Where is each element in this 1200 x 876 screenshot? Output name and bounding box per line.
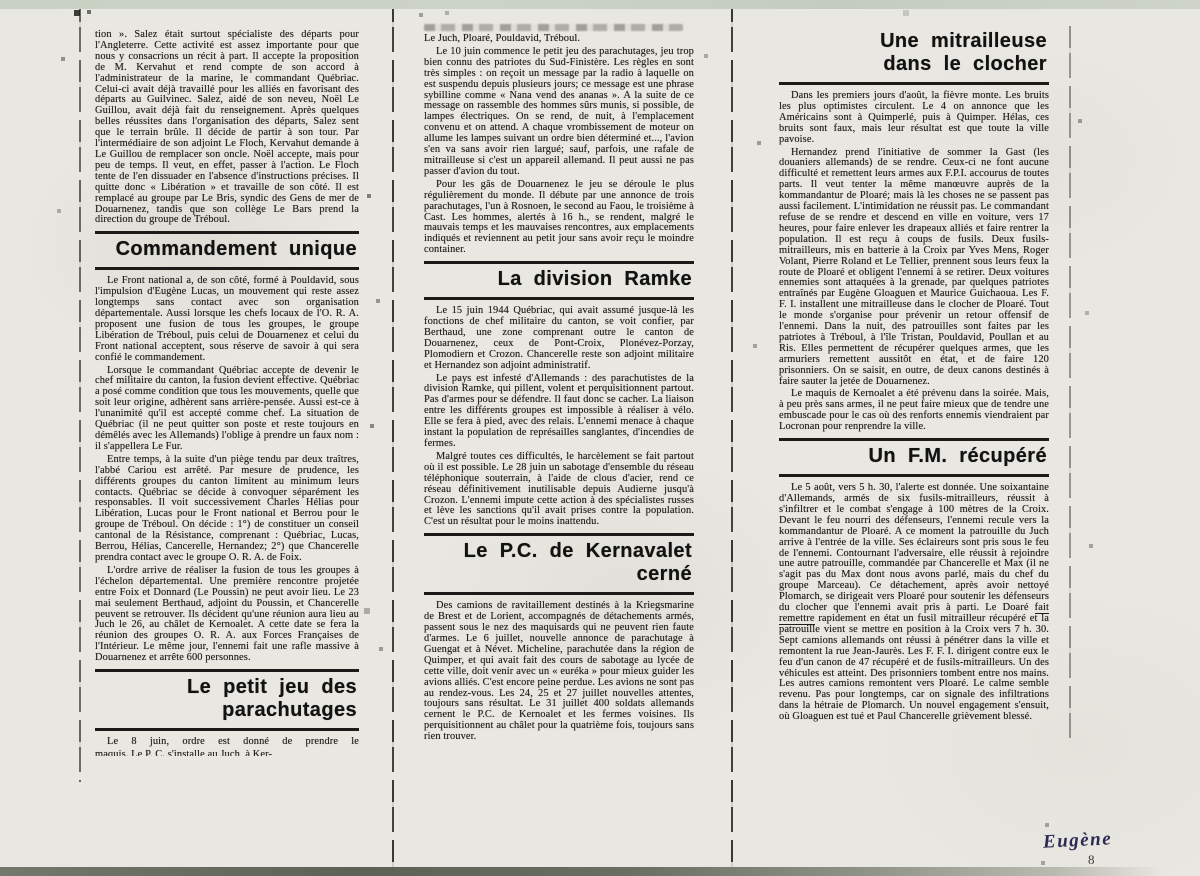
heading-text: Commandement unique bbox=[116, 238, 357, 260]
faded-illegible-line bbox=[424, 24, 683, 31]
heading-line: dans le clocher bbox=[781, 53, 1047, 76]
page-number: 8 bbox=[1088, 852, 1095, 868]
heading-line: parachutages bbox=[97, 699, 357, 722]
paragraph-cut-by-page-edge: Le 8 juin, ordre est donné de prendre le… bbox=[95, 737, 359, 756]
paragraph: Hernandez prend l'initiative de sommer l… bbox=[779, 148, 1049, 388]
scan-edge-top bbox=[0, 0, 1200, 9]
article-column-left: tion ». Salez était surtout spécialiste … bbox=[95, 30, 359, 756]
scanned-document-page: tion ». Salez était surtout spécialiste … bbox=[0, 0, 1200, 876]
paragraph-line: maquis. Le P. C. s'installe au Juch, à K… bbox=[95, 750, 359, 756]
paragraph: tion ». Salez était surtout spécialiste … bbox=[95, 30, 359, 226]
paragraph: Le 10 juin commence le petit jeu des par… bbox=[424, 47, 694, 178]
section-heading-fm-recupere: Un F.M. récupéré bbox=[779, 438, 1049, 477]
section-heading-pc-kernavalet-cerne: Le P.C. de Kernavalet cerné bbox=[424, 533, 694, 595]
heading-text: La division Ramke bbox=[498, 268, 692, 290]
column-rule-1 bbox=[392, 0, 394, 868]
paragraph: Entre temps, à la suite d'un piège tendu… bbox=[95, 455, 359, 564]
paragraph: Dans les premiers jours d'août, la fièvr… bbox=[779, 91, 1049, 146]
paragraph-line: Le 8 juin, ordre est donné de prendre le bbox=[95, 737, 359, 748]
section-heading-petit-jeu-parachutages: Le petit jeu des parachutages bbox=[95, 669, 359, 731]
paragraph-text: rapidement en état un fusil mitrailleur … bbox=[779, 613, 1049, 722]
section-heading-mitrailleuse-clocher: Une mitrailleuse dans le clocher bbox=[779, 30, 1049, 85]
heading-line: Le P.C. de Kernavalet bbox=[426, 540, 692, 563]
article-column-middle: Le Juch, Ploaré, Pouldavid, Tréboul. Le … bbox=[424, 22, 694, 745]
paragraph: Le 5 août, vers 5 h. 30, l'alerte est do… bbox=[779, 483, 1049, 723]
heading-line: cerné bbox=[426, 563, 692, 586]
paragraph: Le pays est infesté d'Allemands : des pa… bbox=[424, 374, 694, 450]
paragraph: Des camions de ravitaillement destinés à… bbox=[424, 601, 694, 743]
paragraph: Le 15 juin 1944 Québriac, qui avait assu… bbox=[424, 306, 694, 371]
paragraph: Le Juch, Ploaré, Pouldavid, Tréboul. bbox=[424, 34, 694, 45]
paragraph: Le Front national a, de son côté, formé … bbox=[95, 276, 359, 363]
column-rule-2 bbox=[731, 0, 733, 868]
paragraph: L'ordre arrive de réaliser la fusion de … bbox=[95, 566, 359, 664]
paragraph-text: Le 5 août, vers 5 h. 30, l'alerte est do… bbox=[779, 482, 1049, 613]
heading-line: Le petit jeu des bbox=[97, 676, 357, 699]
section-heading-division-ramke: La division Ramke bbox=[424, 261, 694, 300]
heading-text: Un F.M. récupéré bbox=[869, 445, 1047, 467]
handwritten-annotation: Eugène bbox=[1042, 828, 1112, 854]
section-heading-commandement-unique: Commandement unique bbox=[95, 231, 359, 270]
heading-line: Une mitrailleuse bbox=[781, 30, 1047, 53]
scan-edge-bottom bbox=[0, 867, 1200, 876]
paragraph: Lorsque le commandant Québriac accepte d… bbox=[95, 366, 359, 453]
paragraph: Le maquis de Kernoalet a été prévenu dan… bbox=[779, 389, 1049, 433]
article-column-right: Une mitrailleuse dans le clocher Dans le… bbox=[779, 30, 1049, 725]
column-rule-3 bbox=[1069, 26, 1071, 742]
scan-fold-line-left bbox=[79, 0, 81, 782]
paragraph: Malgré toutes ces difficultés, le harcèl… bbox=[424, 452, 694, 528]
paragraph: Pour les gâs de Douarnenez le jeu se dér… bbox=[424, 180, 694, 256]
